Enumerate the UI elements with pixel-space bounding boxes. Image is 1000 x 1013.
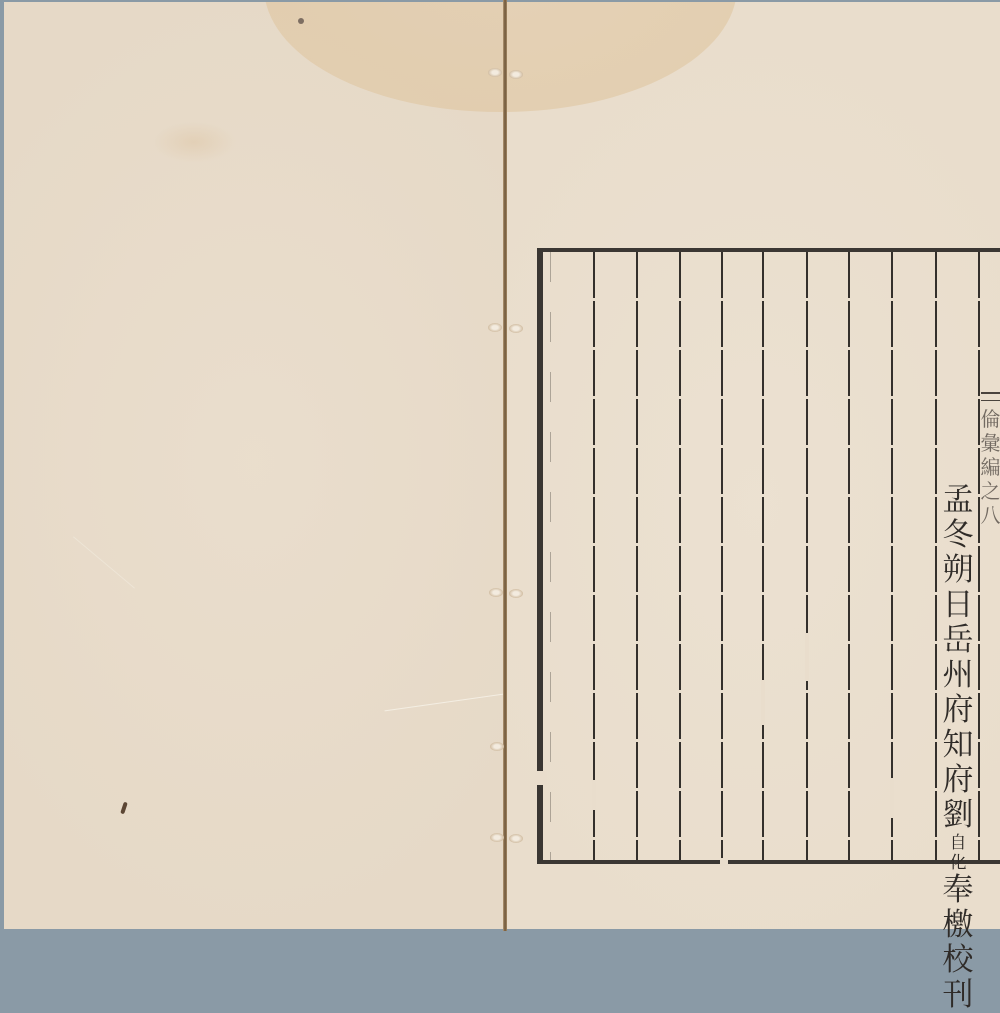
colophon-char: 朔: [943, 553, 974, 588]
colophon-char: 府: [943, 763, 974, 798]
colophon-char: 孟: [943, 483, 974, 518]
stitch-hole: [488, 323, 502, 332]
colophon-char: 州: [943, 658, 974, 693]
stitch-hole: [509, 70, 523, 79]
block-heart: 倫 彙 編 之 八 口: [981, 392, 1000, 527]
colophon-column: 孟 冬 朔 日 岳 州 府 知 府 劉 自 化 奉 檄 校 刊: [938, 483, 978, 931]
stitch-hole: [509, 589, 523, 598]
colophon-char: 冬: [943, 518, 974, 553]
colophon-small-char: 化: [950, 853, 967, 873]
rule-gap: [535, 771, 547, 785]
fishtail-mark: [981, 392, 1000, 401]
rule-gap: [890, 778, 894, 818]
book-spine: [503, 0, 507, 931]
column-rule: [636, 252, 638, 860]
column-rule: [806, 252, 808, 860]
colophon-char: 檄: [943, 908, 974, 931]
book-spread: 倫 彙 編 之 八 口 孟 冬 朔 日 岳 州 府 知 府 劉 自 化 奉 檄 …: [0, 0, 1000, 931]
banxin-char: 編: [981, 455, 1000, 479]
stitch-hole: [490, 833, 504, 842]
rule-gap: [805, 633, 809, 681]
stitch-hole: [509, 834, 523, 843]
colophon-char: 岳: [943, 623, 974, 658]
colophon-small-char: 自: [950, 833, 967, 853]
rule-gap: [761, 680, 765, 725]
colophon-char: 劉: [943, 798, 974, 833]
banxin-char: 彙: [981, 431, 1000, 455]
column-rule: [762, 252, 764, 860]
rule-gap: [720, 858, 728, 866]
water-stain: [507, 2, 737, 112]
paper-crease: [385, 694, 504, 712]
colophon-char: 知: [943, 728, 974, 763]
column-rule: [848, 252, 850, 860]
column-rule: [935, 252, 937, 860]
colophon-char: 府: [943, 693, 974, 728]
colophon-char: 奉: [943, 873, 974, 908]
left-page: [4, 2, 505, 929]
rule-gap: [592, 780, 596, 810]
banxin-char: 八: [981, 503, 1000, 527]
column-rule: [978, 252, 980, 860]
paper-crease: [73, 536, 135, 588]
column-rule: [593, 252, 595, 860]
column-rule: [721, 252, 723, 860]
stitch-hole: [509, 324, 523, 333]
stitch-hole: [490, 742, 504, 751]
column-rule: [550, 252, 551, 860]
column-rule: [891, 252, 893, 860]
colophon-char: 日: [943, 588, 974, 623]
stitch-hole: [489, 588, 503, 597]
stitch-hole: [488, 68, 502, 77]
ink-speck: [120, 802, 128, 815]
banxin-char: 倫: [981, 407, 1000, 431]
column-rule: [679, 252, 681, 860]
printed-frame: [537, 248, 1000, 864]
banxin-char: 之: [981, 479, 1000, 503]
dirt-spot: [298, 18, 304, 24]
